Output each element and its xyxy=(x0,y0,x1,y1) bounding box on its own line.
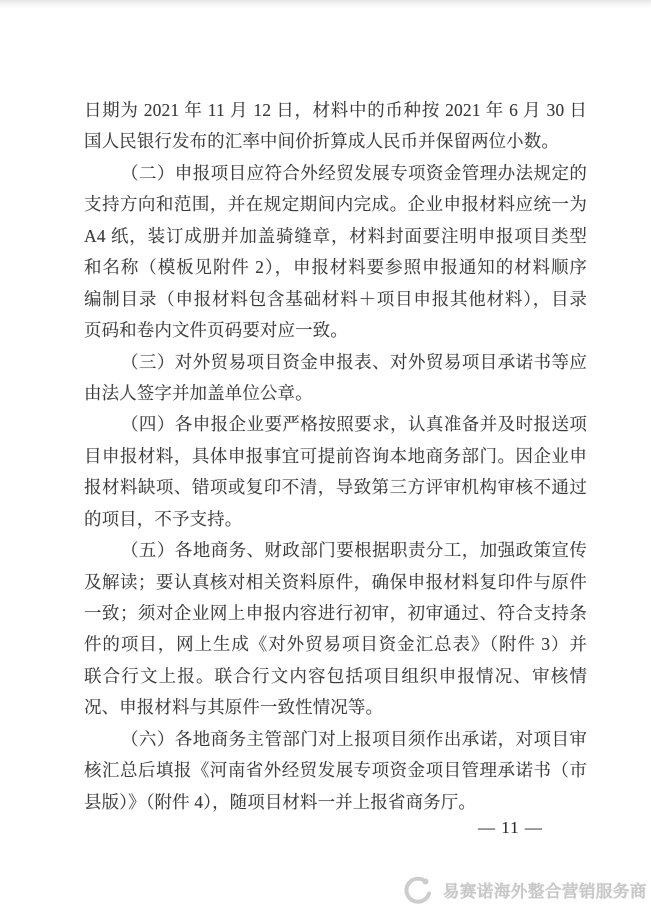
text-line: （六）各地商务主管部门对上报项目须作出承诺，对项目审 xyxy=(84,724,587,755)
text-line: 及解读；要认真核对相关资料原件，确保申报材料复印件与原件 xyxy=(84,567,587,598)
text-line: 支持方向和范围，并在规定期间内完成。企业申报材料应统一为 xyxy=(84,189,587,220)
watermark: 易赛诺海外整合营销服务商 xyxy=(401,873,647,907)
text-line: 况、申报材料与其原件一致性情况等。 xyxy=(84,692,587,723)
yisainuo-swirl-logo-icon xyxy=(401,875,433,905)
page-number: — 11 — xyxy=(478,818,543,838)
text-line: 件的项目，网上生成《对外贸易项目资金汇总表》（附件 3）并 xyxy=(84,629,587,660)
text-line: 的项目，不予支持。 xyxy=(84,504,587,535)
text-line: （五）各地商务、财政部门要根据职责分工，加强政策宣传 xyxy=(84,535,587,566)
text-line: （三）对外贸易项目资金申报表、对外贸易项目承诺书等应 xyxy=(84,347,587,378)
text-line: 国人民银行发布的汇率中间价折算成人民币并保留两位小数。 xyxy=(84,126,587,157)
text-line: 联合行文上报。联合行文内容包括项目组织申报情况、审核情 xyxy=(84,661,587,692)
text-line: 和名称（模板见附件 2），申报材料要参照申报通知的材料顺序 xyxy=(84,252,587,283)
text-line: 报材料缺项、错项或复印不清，导致第三方评审机构审核不通过 xyxy=(84,472,587,503)
text-line: 由法人签字并加盖单位公章。 xyxy=(84,378,587,409)
text-line: 县版）》（附件 4），随项目材料一并上报省商务厅。 xyxy=(84,787,587,818)
text-line: 目申报材料，具体申报事宜可提前咨询本地商务部门。因企业申 xyxy=(84,441,587,472)
watermark-text: 易赛诺海外整合营销服务商 xyxy=(443,878,647,902)
text-line: 一致；须对企业网上申报内容进行初审，初审通过、符合支持条 xyxy=(84,598,587,629)
text-line: 日期为 2021 年 11 月 12 日，材料中的币种按 2021 年 6 月 … xyxy=(84,95,587,126)
document-page: 日期为 2021 年 11 月 12 日，材料中的币种按 2021 年 6 月 … xyxy=(0,0,651,919)
text-line: （四）各申报企业要严格按照要求，认真准备并及时报送项 xyxy=(84,409,587,440)
document-body: 日期为 2021 年 11 月 12 日，材料中的币种按 2021 年 6 月 … xyxy=(84,95,587,818)
text-line: 页码和卷内文件页码要对应一致。 xyxy=(84,315,587,346)
text-line: A4 纸，装订成册并加盖骑缝章，材料封面要注明申报项目类型 xyxy=(84,221,587,252)
page-top-edge-shadow xyxy=(0,0,651,8)
text-line: 编制目录（申报材料包含基础材料＋项目申报其他材料），目录 xyxy=(84,284,587,315)
text-line: 核汇总后填报《河南省外经贸发展专项资金项目管理承诺书（市 xyxy=(84,755,587,786)
text-line: （二）申报项目应符合外经贸发展专项资金管理办法规定的 xyxy=(84,158,587,189)
